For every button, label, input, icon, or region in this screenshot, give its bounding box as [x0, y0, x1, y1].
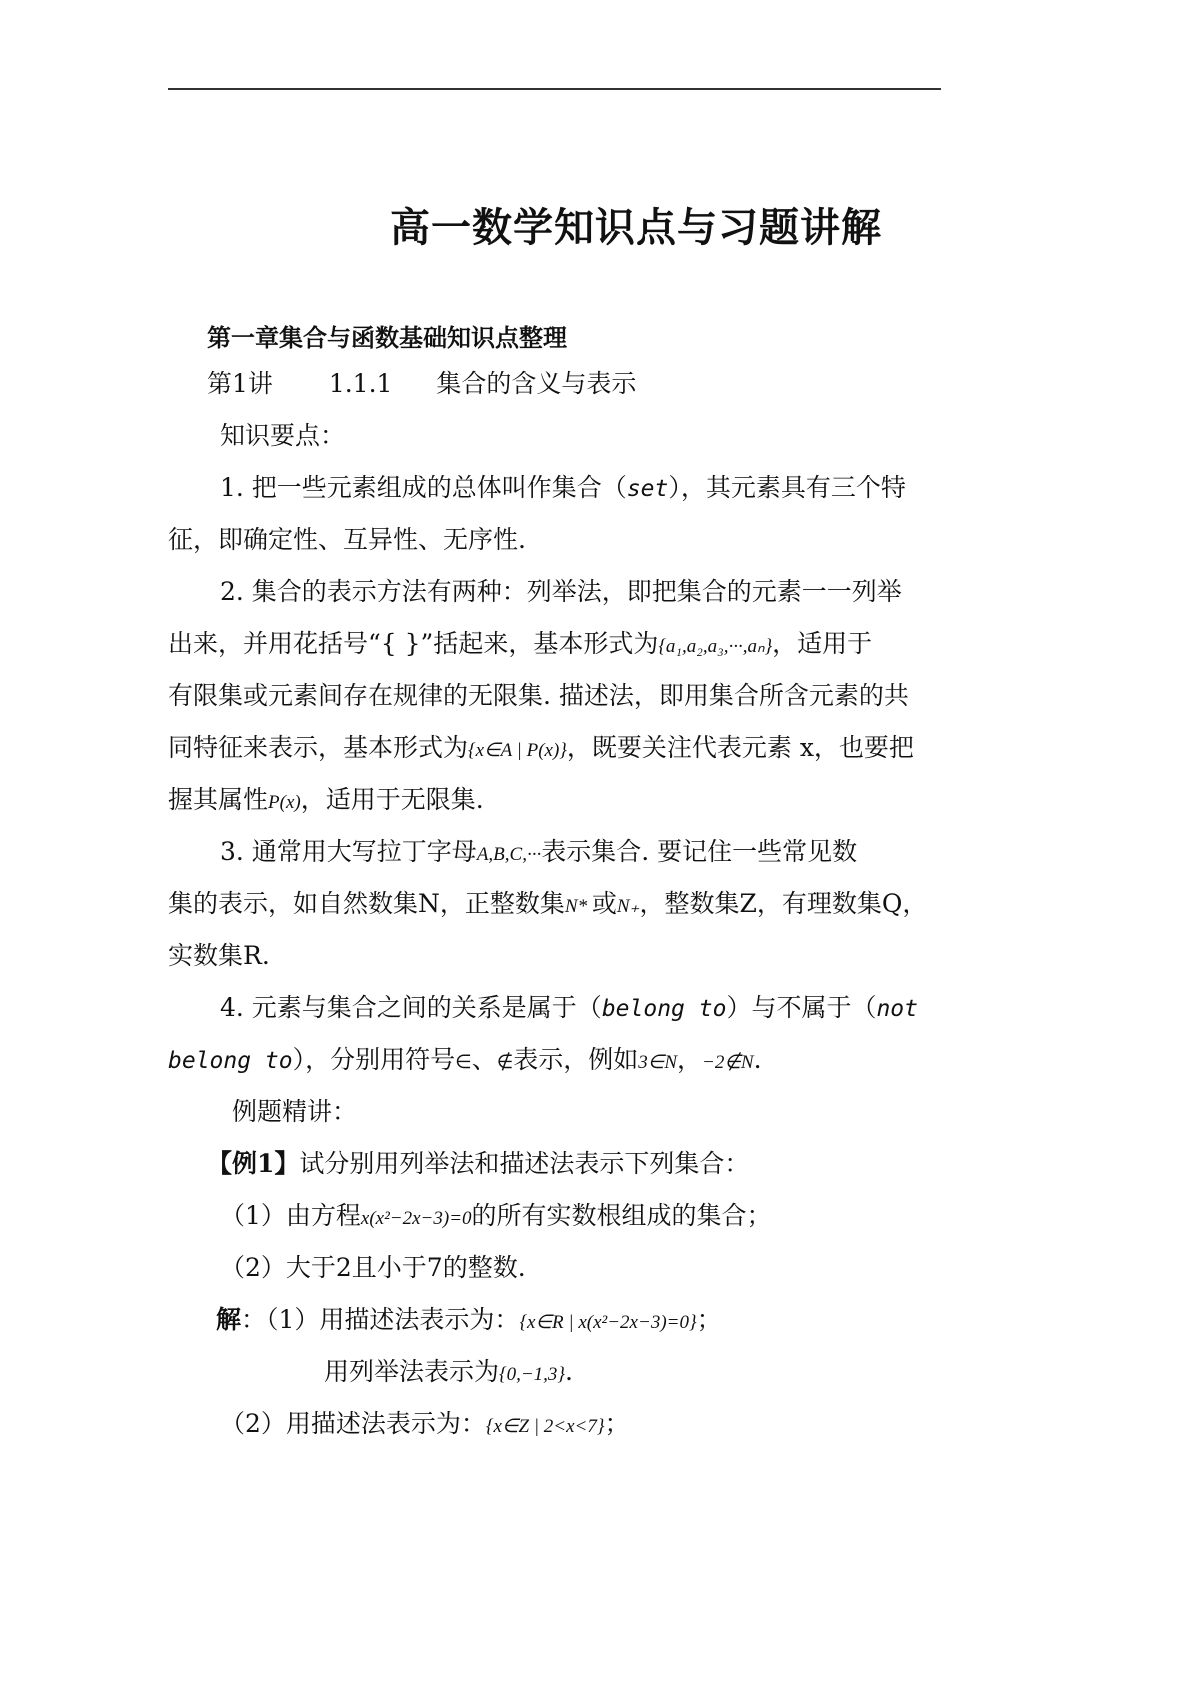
text: 试分别用列举法和描述法表示下列集合： [299, 1149, 749, 1178]
math-roster-form: {a₁,a₂,a₃,···,aₙ} [658, 636, 772, 657]
example-1-part-2: （2）大于2且小于7的整数. [220, 1252, 526, 1284]
text: ）与不属于（ [726, 993, 876, 1022]
text: 用列举法表示为 [324, 1357, 499, 1386]
text: ，既要关注代表元素 x，也要把 [567, 733, 914, 762]
text: （1）由方程 [220, 1201, 361, 1230]
text: 4. 元素与集合之间的关系是属于（ [220, 993, 602, 1022]
example-1-prompt: 【例1】试分别用列举法和描述法表示下列集合： [207, 1148, 749, 1180]
text: （2）用描述法表示为： [220, 1409, 486, 1438]
term-set: set [627, 476, 669, 502]
solution-line-2: 用列举法表示为{0,−1,3}. [324, 1356, 573, 1391]
text: 的所有实数根组成的集合； [472, 1201, 772, 1230]
math-not-in-symbol: ∉ [497, 1052, 514, 1073]
example-label: 【例1】 [207, 1149, 299, 1178]
math-n-plus: N₊ [617, 896, 640, 917]
chapter-heading: 第一章集合与函数基础知识点整理 [207, 322, 567, 354]
text: 同特征来表示，基本形式为 [168, 733, 468, 762]
point-2-line-3: 有限集或元素间存在规律的无限集. 描述法，即用集合所含元素的共 [168, 680, 909, 712]
math-example-not-in: −2∉N [702, 1052, 754, 1073]
math-px: P(x) [268, 792, 301, 813]
term-belong-to: belong to [602, 996, 727, 1022]
text: 1. 把一些元素组成的总体叫作集合（ [220, 473, 627, 502]
text: . [565, 1357, 573, 1386]
point-2-line-1: 2. 集合的表示方法有两种：列举法，即把集合的元素一一列举 [220, 576, 902, 608]
solution-line-3: （2）用描述法表示为：{x∈Z | 2<x<7}； [220, 1408, 629, 1443]
example-1-part-1: （1）由方程x(x²−2x−3)=0的所有实数根组成的集合； [220, 1200, 772, 1235]
solution-line-1: 解：（1）用描述法表示为：{x∈R | x(x²−2x−3)=0}； [216, 1304, 722, 1339]
text: . [754, 1045, 762, 1074]
lecture-label: 第1讲 [207, 369, 273, 398]
term-belong-to: belong to [168, 1048, 293, 1074]
term-not: not [876, 996, 918, 1022]
text: 出来，并用花括号“{ }”括起来，基本形式为 [168, 629, 658, 658]
point-2-line-2: 出来，并用花括号“{ }”括起来，基本形式为{a₁,a₂,a₃,···,aₙ}，… [168, 628, 872, 663]
text: ：（1）用描述法表示为： [241, 1305, 519, 1334]
point-3-line-1: 3. 通常用大写拉丁字母A,B,C,···表示集合. 要记住一些常见数 [220, 836, 857, 871]
text: ），其元素具有三个特 [668, 473, 906, 502]
point-2-line-4: 同特征来表示，基本形式为{x∈A | P(x)}，既要关注代表元素 x，也要把 [168, 732, 914, 767]
math-solution-1-builder: {x∈R | x(x²−2x−3)=0} [519, 1312, 696, 1333]
text: 表示，例如 [513, 1045, 638, 1074]
header-rule [168, 88, 941, 90]
text: 、 [472, 1045, 497, 1074]
solution-label: 解 [216, 1305, 241, 1334]
math-equation: x(x²−2x−3)=0 [361, 1208, 472, 1229]
math-solution-2-builder: {x∈Z | 2<x<7} [486, 1416, 605, 1437]
point-2-line-5: 握其属性P(x)，适用于无限集. [168, 784, 484, 819]
math-builder-form: {x∈A | P(x)} [468, 740, 567, 761]
lecture-number: 1.1.1 [329, 369, 393, 398]
text: ，适用于无限集. [301, 785, 484, 814]
point-1-line-2: 征，即确定性、互异性、无序性. [168, 524, 526, 556]
lecture-topic: 集合的含义与表示 [436, 369, 636, 398]
text: 握其属性 [168, 785, 268, 814]
point-4-line-2: belong to），分别用符号∈、∉表示，例如3∈N，−2∉N. [168, 1044, 762, 1079]
text: 或 [592, 889, 617, 918]
text: ， [677, 1045, 702, 1074]
lecture-heading: 第1讲 1.1.1 集合的含义与表示 [207, 368, 636, 400]
point-3-line-3: 实数集R. [168, 940, 270, 972]
text: ； [697, 1305, 722, 1334]
text: 集的表示，如自然数集N，正整数集 [168, 889, 565, 918]
text: 3. 通常用大写拉丁字母 [220, 837, 477, 866]
text: ，适用于 [772, 629, 872, 658]
text: ； [604, 1409, 629, 1438]
text: ，整数集Z，有理数集Q， [640, 889, 928, 918]
point-4-line-1: 4. 元素与集合之间的关系是属于（belong to）与不属于（not [220, 992, 918, 1025]
text: ），分别用符号 [293, 1045, 456, 1074]
examples-heading: 例题精讲： [232, 1096, 357, 1128]
point-3-line-2: 集的表示，如自然数集N，正整数集N* 或N₊，整数集Z，有理数集Q， [168, 888, 927, 923]
math-abc: A,B,C,··· [477, 844, 541, 865]
math-solution-1-roster: {0,−1,3} [499, 1364, 565, 1385]
math-n-star: N* [565, 896, 592, 917]
point-1-line-1: 1. 把一些元素组成的总体叫作集合（set），其元素具有三个特 [220, 472, 906, 505]
knowledge-points-heading: 知识要点： [220, 420, 345, 452]
document-title: 高一数学知识点与习题讲解 [390, 196, 882, 253]
math-example-in: 3∈N [638, 1052, 677, 1073]
text: 表示集合. 要记住一些常见数 [541, 837, 857, 866]
math-in-symbol: ∈ [455, 1052, 472, 1073]
